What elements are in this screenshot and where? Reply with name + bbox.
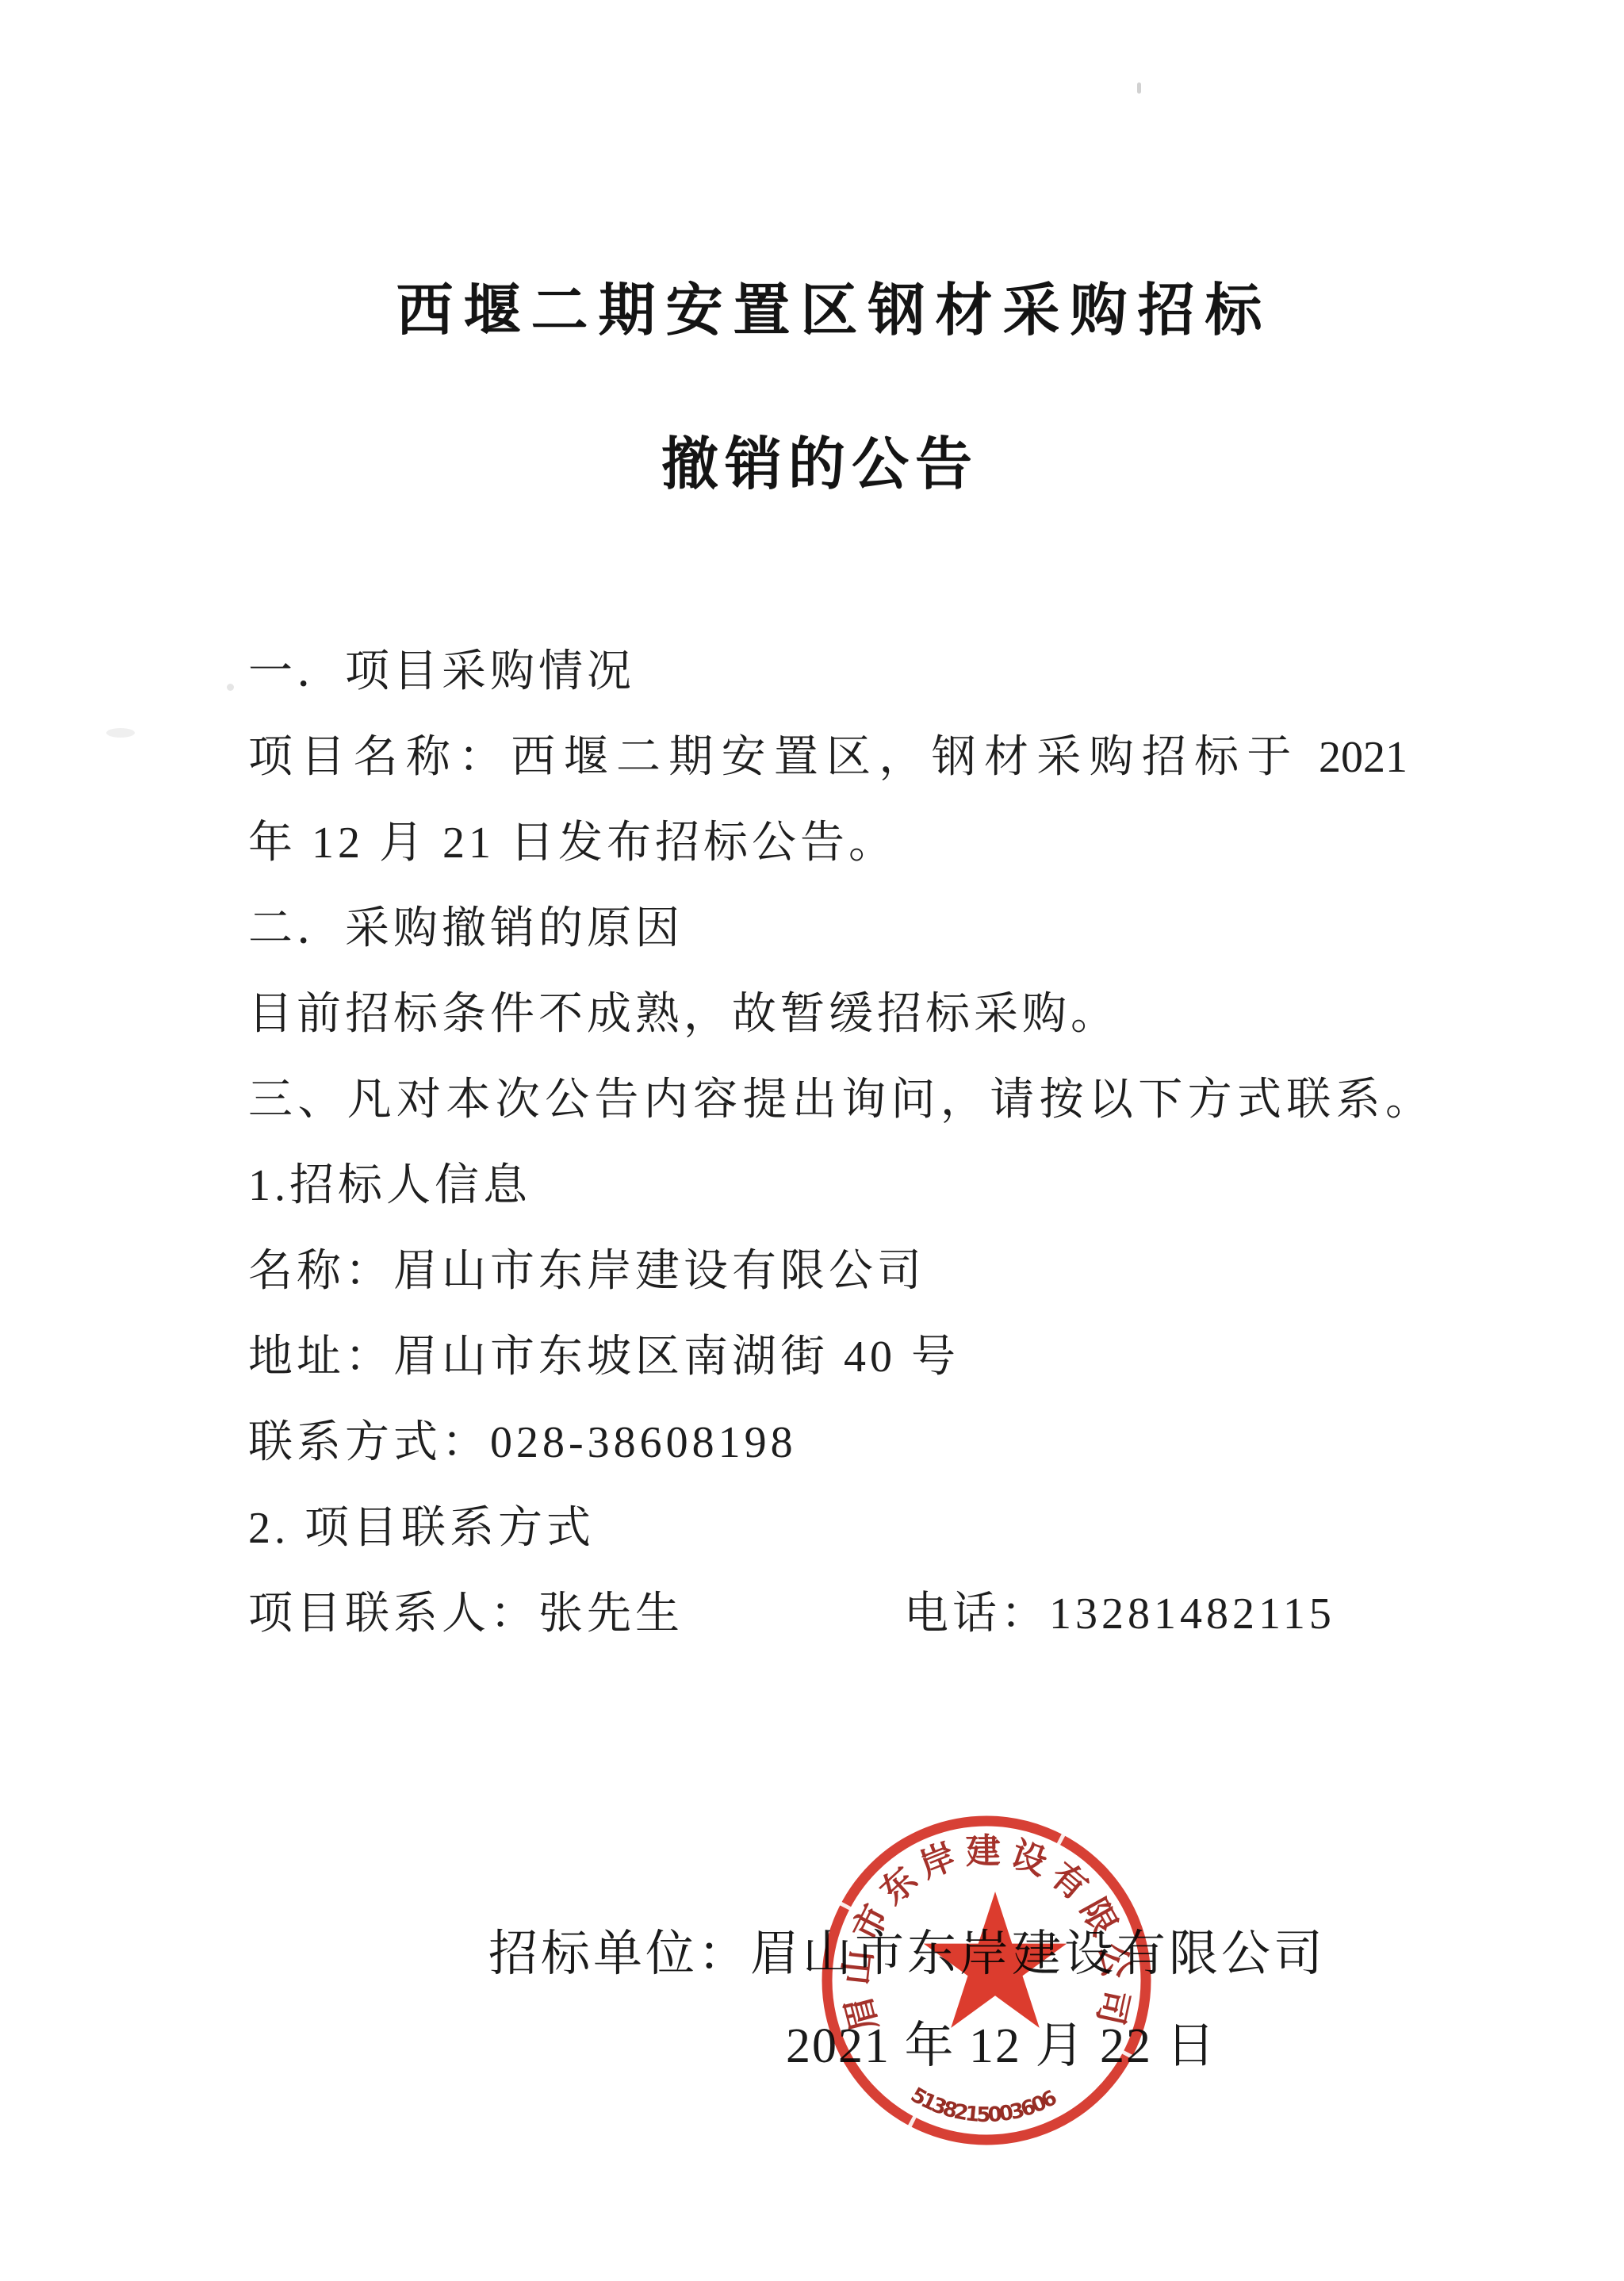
notice-title-line1: 西堰二期安置区钢材采购招标 (0, 264, 1624, 347)
body-line-section2: 二．采购撤销的原因 (248, 886, 1438, 972)
body-line-section3: 三、凡对本次公告内容提出询问，请按以下方式联系。 (248, 1057, 1430, 1143)
scan-artifact (1137, 82, 1141, 94)
body-line-project-contact-heading: 2. 项目联系方式 (248, 1486, 1438, 1571)
scan-artifact (106, 728, 135, 738)
body-line-cancel-reason: 目前招标条件不成熟，故暂缓招标采购。 (248, 972, 1438, 1057)
body-line-publish-date: 年 12 月 21 日发布招标公告。 (248, 800, 1438, 886)
contact-person-label: 项目联系人：张先生 (248, 1589, 684, 1639)
body-line-contact-number: 联系方式：028-38608198 (248, 1400, 1438, 1486)
body-line-section1: 一．项目采购情况 (248, 629, 1438, 715)
body-line-project-name: 项目名称：西堰二期安置区，钢材采购招标于 2021 (248, 715, 1408, 800)
body-line-contact-person: 项目联系人：张先生 电话：13281482115 (248, 1571, 1438, 1657)
seal-star-icon (924, 1892, 1067, 2028)
official-seal: 眉山市东岸建设有限公司 5138215003606 (804, 1798, 1169, 2163)
scan-artifact (227, 684, 234, 691)
scanned-notice-page: 西堰二期安置区钢材采购招标 撤销的公告 一．项目采购情况 项目名称：西堰二期安置… (0, 0, 1624, 2281)
body-line-company-name: 名称：眉山市东岸建设有限公司 (248, 1229, 1438, 1314)
body-line-address: 地址：眉山市东坡区南湖街 40 号 (248, 1314, 1438, 1400)
notice-body: 一．项目采购情况 项目名称：西堰二期安置区，钢材采购招标于 2021 年 12 … (248, 629, 1438, 1657)
body-line-bidder-info-heading: 1.招标人信息 (248, 1143, 1438, 1229)
notice-title-line2: 撤销的公告 (0, 418, 1624, 500)
seal-number-arc: 5138215003606 (906, 2083, 1063, 2127)
seal-number-text: 5138215003606 (906, 2083, 1063, 2127)
contact-phone-label: 电话：13281482115 (904, 1571, 1335, 1657)
